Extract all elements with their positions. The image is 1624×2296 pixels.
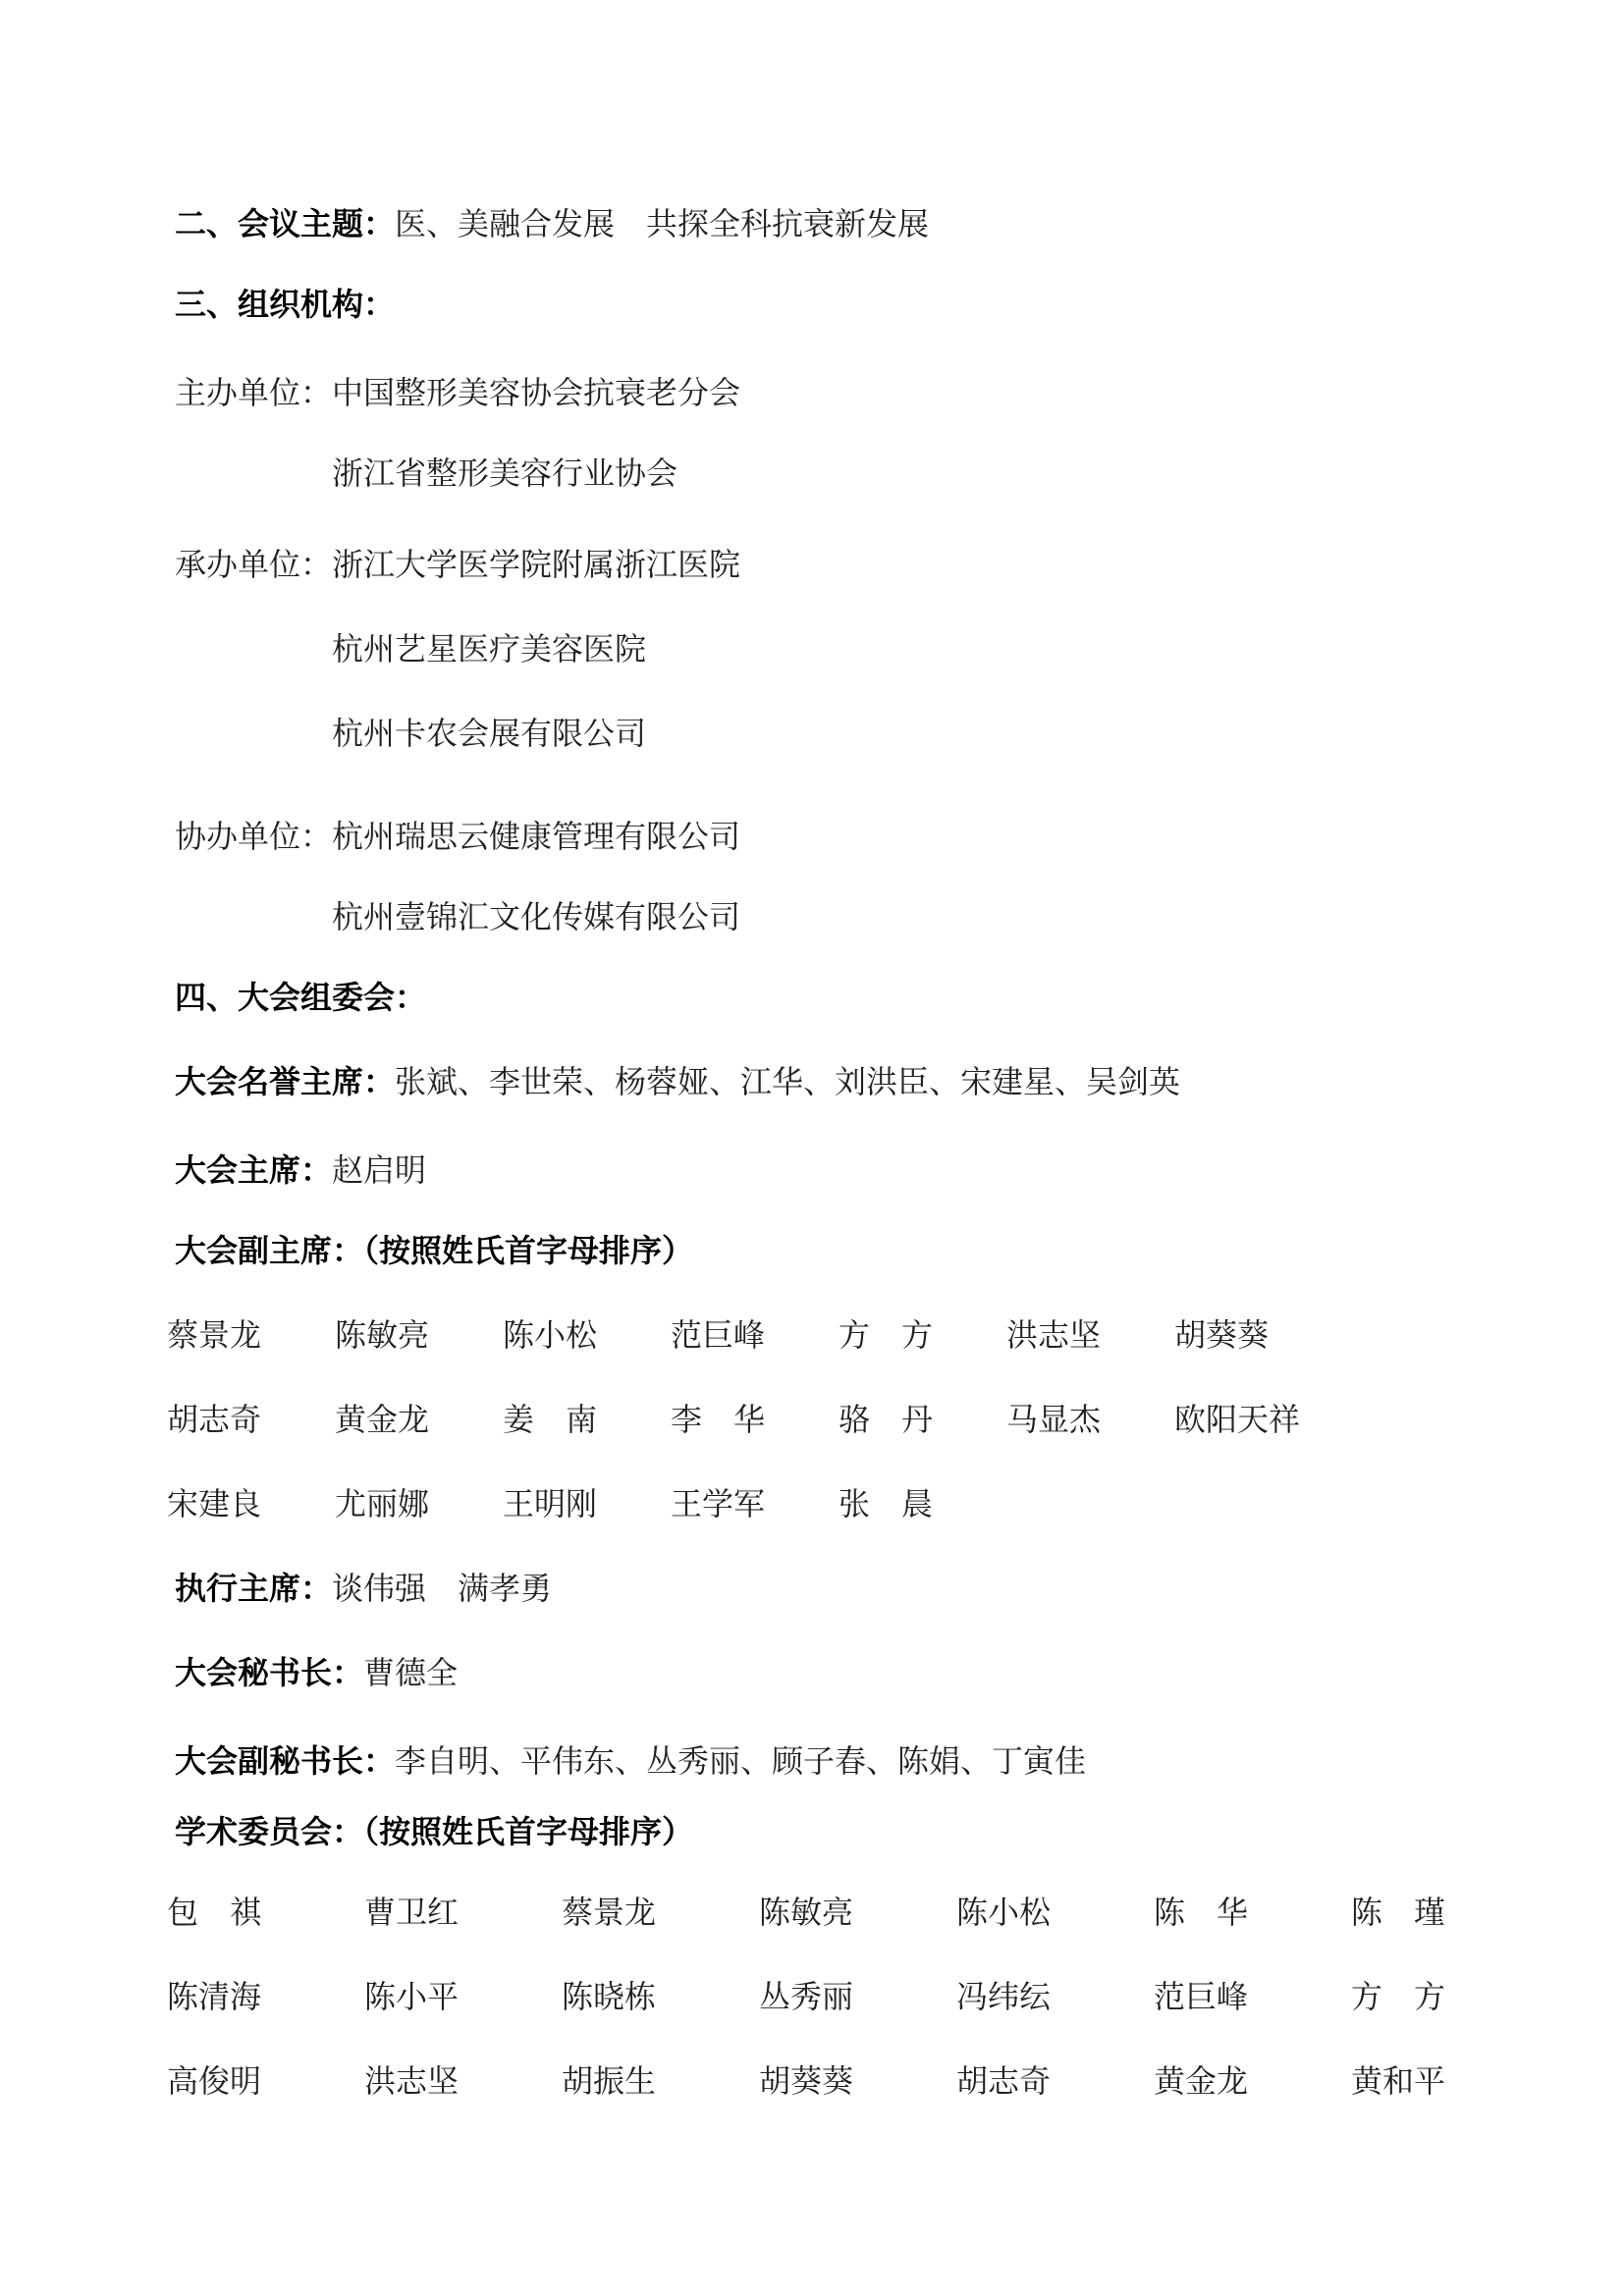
- honorary-chairs-value: 张斌、李世荣、杨蓉娅、江华、刘洪臣、宋建星、吴剑英: [395, 1064, 1180, 1099]
- name-cell: 丛秀丽: [759, 1974, 956, 2019]
- honorary-chairs-label: 大会名誉主席：: [175, 1064, 395, 1099]
- vice-chairs-row: 宋建良 尤丽娜 王明刚 王学军 张 晨: [167, 1481, 1516, 1526]
- name-cell: 欧阳天祥: [1174, 1397, 1342, 1442]
- name-cell: 范巨峰: [671, 1312, 839, 1358]
- name-cell: 胡葵葵: [1174, 1312, 1342, 1358]
- name-cell: 陈 瑾: [1351, 1890, 1548, 1935]
- meeting-topic-line: 二、会议主题：医、美融合发展 共探全科抗衰新发展: [175, 201, 1516, 246]
- name-cell: 王明刚: [503, 1481, 671, 1526]
- host-unit-label: 主办单位：: [175, 375, 332, 410]
- vice-chairs-row: 胡志奇 黄金龙 姜 南 李 华 骆 丹 马显杰 欧阳天祥: [167, 1397, 1516, 1442]
- academic-committee-label: 学术委员会：: [175, 1814, 363, 1849]
- name-cell: 陈小平: [364, 1974, 562, 2019]
- co-organizer-unit-label: 协办单位：: [175, 819, 332, 854]
- deputy-secretaries-line: 大会副秘书长：李自明、平伟东、丛秀丽、顾子春、陈娟、丁寅佳: [175, 1738, 1516, 1784]
- name-cell: 宋建良: [167, 1481, 335, 1526]
- name-cell: 李 华: [671, 1397, 839, 1442]
- name-cell: 王学军: [671, 1481, 839, 1526]
- name-cell: 冯纬纭: [956, 1974, 1154, 2019]
- undertaker-unit-name-3: 杭州卡农会展有限公司: [175, 711, 1516, 756]
- document-page: 二、会议主题：医、美融合发展 共探全科抗衰新发展 三、组织机构： 主办单位：中国…: [0, 0, 1624, 2296]
- co-organizer-unit-name-2: 杭州壹锦汇文化传媒有限公司: [175, 894, 1516, 939]
- meeting-topic-label: 二、会议主题：: [175, 206, 395, 241]
- vice-chairs-sort-note: （按照姓氏首字母排序）: [363, 1233, 693, 1268]
- vice-chairs-label: 大会副主席：: [175, 1233, 363, 1268]
- name-cell: 方 方: [839, 1312, 1006, 1358]
- name-cell: 陈敏亮: [335, 1312, 503, 1358]
- name-cell: 黄金龙: [1154, 2058, 1351, 2104]
- name-cell: 曹卫红: [364, 1890, 562, 1935]
- name-cell: 黄和平: [1351, 2058, 1548, 2104]
- name-cell: 陈敏亮: [759, 1890, 956, 1935]
- organization-heading: 三、组织机构：: [175, 282, 1516, 327]
- undertaker-unit-name-2: 杭州艺星医疗美容医院: [175, 626, 1516, 671]
- undertaker-unit-name-1: 浙江大学医学院附属浙江医院: [332, 547, 740, 582]
- meeting-topic-value: 医、美融合发展 共探全科抗衰新发展: [395, 206, 929, 241]
- name-cell: 蔡景龙: [562, 1890, 759, 1935]
- name-cell: 黄金龙: [335, 1397, 503, 1442]
- name-cell: 洪志坚: [364, 2058, 562, 2104]
- name-cell: 包 祺: [167, 1890, 364, 1935]
- chair-label: 大会主席：: [175, 1152, 332, 1188]
- executive-chairs-line: 执行主席：谈伟强 满孝勇: [175, 1566, 1516, 1611]
- name-cell: 范巨峰: [1154, 1974, 1351, 2019]
- chair-line: 大会主席：赵启明: [175, 1148, 1516, 1193]
- name-cell: 方 方: [1351, 1974, 1548, 2019]
- vice-chairs-row: 蔡景龙 陈敏亮 陈小松 范巨峰 方 方 洪志坚 胡葵葵: [167, 1312, 1516, 1358]
- academic-committee-sort-note: （按照姓氏首字母排序）: [363, 1814, 693, 1849]
- deputy-secretaries-value: 李自明、平伟东、丛秀丽、顾子春、陈娟、丁寅佳: [395, 1743, 1086, 1779]
- executive-chairs-label: 执行主席：: [175, 1571, 332, 1606]
- secretary-general-value: 曹德全: [363, 1655, 458, 1690]
- host-unit-name-1: 中国整形美容协会抗衰老分会: [332, 375, 740, 410]
- name-cell: 马显杰: [1006, 1397, 1174, 1442]
- co-organizer-unit-line: 协办单位：杭州瑞思云健康管理有限公司: [175, 814, 1516, 859]
- name-cell: 高俊明: [167, 2058, 364, 2104]
- chair-value: 赵启明: [332, 1152, 426, 1188]
- name-cell: 胡振生: [562, 2058, 759, 2104]
- host-unit-line: 主办单位：中国整形美容协会抗衰老分会: [175, 370, 1516, 415]
- honorary-chairs-line: 大会名誉主席：张斌、李世荣、杨蓉娅、江华、刘洪臣、宋建星、吴剑英: [175, 1059, 1516, 1104]
- vice-chairs-heading: 大会副主席：（按照姓氏首字母排序）: [175, 1228, 1516, 1273]
- name-cell: 陈清海: [167, 1974, 364, 2019]
- name-cell: 尤丽娜: [335, 1481, 503, 1526]
- secretary-general-line: 大会秘书长：曹德全: [175, 1650, 1516, 1695]
- name-cell: 胡志奇: [956, 2058, 1154, 2104]
- secretary-general-label: 大会秘书长：: [175, 1655, 363, 1690]
- name-cell: 胡葵葵: [759, 2058, 956, 2104]
- name-cell: 蔡景龙: [167, 1312, 335, 1358]
- name-cell: 陈小松: [503, 1312, 671, 1358]
- academic-committee-heading: 学术委员会：（按照姓氏首字母排序）: [175, 1809, 1516, 1854]
- name-cell: 骆 丹: [839, 1397, 1006, 1442]
- name-cell: 陈晓栋: [562, 1974, 759, 2019]
- host-unit-name-2: 浙江省整形美容行业协会: [175, 451, 1516, 496]
- co-organizer-unit-name-1: 杭州瑞思云健康管理有限公司: [332, 819, 740, 854]
- academic-committee-row: 高俊明 洪志坚 胡振生 胡葵葵 胡志奇 黄金龙 黄和平: [167, 2058, 1516, 2104]
- name-cell: 张 晨: [839, 1481, 1006, 1526]
- academic-committee-row: 包 祺 曹卫红 蔡景龙 陈敏亮 陈小松 陈 华 陈 瑾: [167, 1890, 1516, 1935]
- undertaker-unit-line: 承办单位：浙江大学医学院附属浙江医院: [175, 542, 1516, 587]
- undertaker-unit-label: 承办单位：: [175, 547, 332, 582]
- name-cell: 陈小松: [956, 1890, 1154, 1935]
- academic-committee-row: 陈清海 陈小平 陈晓栋 丛秀丽 冯纬纭 范巨峰 方 方: [167, 1974, 1516, 2019]
- name-cell: 陈 华: [1154, 1890, 1351, 1935]
- name-cell: 胡志奇: [167, 1397, 335, 1442]
- committee-heading: 四、大会组委会：: [175, 975, 1516, 1020]
- name-cell: 洪志坚: [1006, 1312, 1174, 1358]
- name-cell: 姜 南: [503, 1397, 671, 1442]
- executive-chairs-value: 谈伟强 满孝勇: [332, 1571, 552, 1606]
- deputy-secretaries-label: 大会副秘书长：: [175, 1743, 395, 1779]
